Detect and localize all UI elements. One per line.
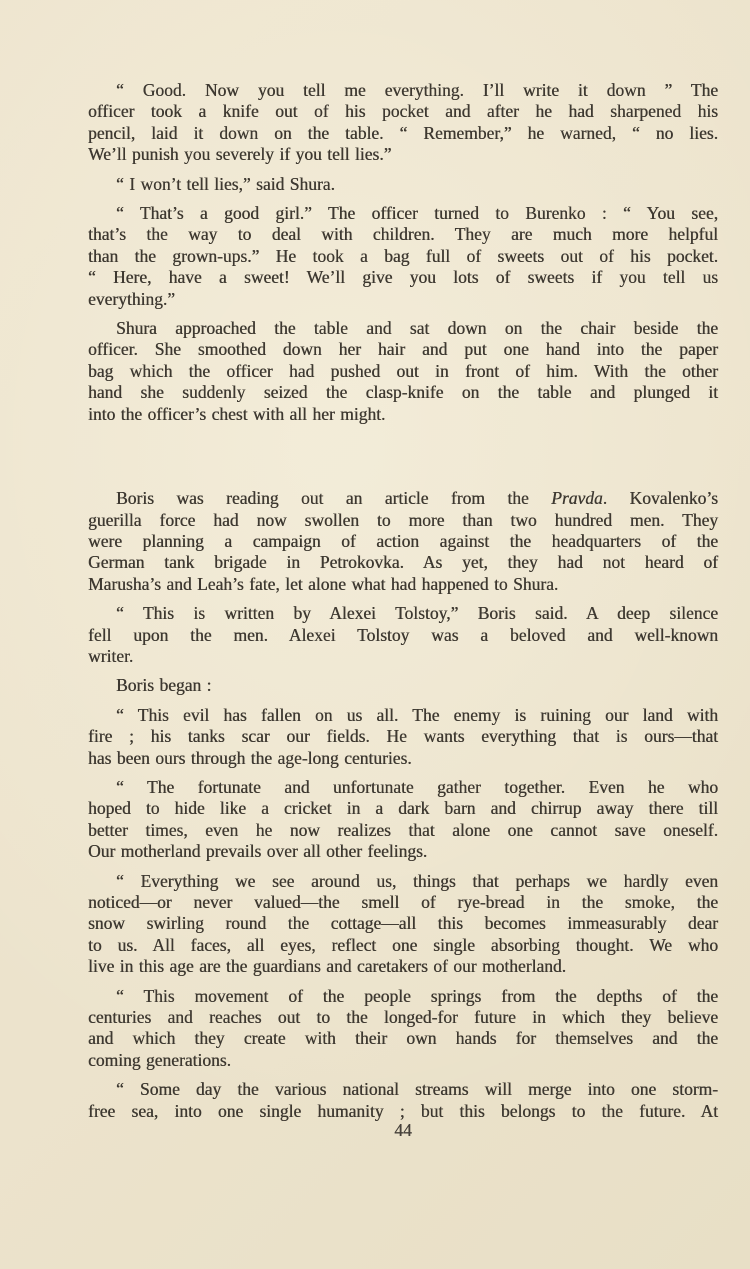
paragraph: “ Some day the various national streams … <box>88 1079 718 1122</box>
text-line: “ Good. Now you tell me everything. I’ll… <box>88 80 718 101</box>
text-line: “ This evil has fallen on us all. The en… <box>88 705 718 726</box>
text-line: to us. All faces, all eyes, reflect one … <box>88 935 718 956</box>
paragraph: “ Everything we see around us, things th… <box>88 871 718 978</box>
paragraph: “ Good. Now you tell me everything. I’ll… <box>88 80 718 166</box>
text-line: were planning a campaign of action again… <box>88 531 718 552</box>
paragraph: “ That’s a good girl.” The officer turne… <box>88 203 718 310</box>
paragraph: “ This evil has fallen on us all. The en… <box>88 705 718 769</box>
text-line: “ Some day the various national streams … <box>88 1079 718 1100</box>
text-line: and which they create with their own han… <box>88 1028 718 1049</box>
text-line: “ This movement of the people springs fr… <box>88 986 718 1007</box>
text-line: fire ; his tanks scar our fields. He wan… <box>88 726 718 747</box>
page-number: 44 <box>88 1120 718 1141</box>
text-line: bag which the officer had pushed out in … <box>88 361 718 382</box>
text-line: has been ours through the age-long centu… <box>88 748 718 769</box>
paragraph: Shura approached the table and sat down … <box>88 318 718 425</box>
text-block: “ Good. Now you tell me everything. I’ll… <box>88 80 718 1122</box>
text-line: Shura approached the table and sat down … <box>88 318 718 339</box>
paragraph: Boris was reading out an article from th… <box>88 488 718 595</box>
text-line: Our motherland prevails over all other f… <box>88 841 718 862</box>
text-line: pencil, laid it down on the table. “ Rem… <box>88 123 718 144</box>
text-line: that’s the way to deal with children. Th… <box>88 224 718 245</box>
text-line: “ The fortunate and unfortunate gather t… <box>88 777 718 798</box>
text-line: “ I won’t tell lies,” said Shura. <box>88 174 718 195</box>
book-page: “ Good. Now you tell me everything. I’ll… <box>0 0 750 1269</box>
paragraph: Boris began : <box>88 675 718 696</box>
text-line: “ Here, have a sweet! We’ll give you lot… <box>88 267 718 288</box>
text-line: “ That’s a good girl.” The officer turne… <box>88 203 718 224</box>
text-line: “ This is written by Alexei Tolstoy,” Bo… <box>88 603 718 624</box>
text-line: free sea, into one single humanity ; but… <box>88 1101 718 1122</box>
text-line: Boris was reading out an article from th… <box>88 488 718 509</box>
paragraph: “ This movement of the people springs fr… <box>88 986 718 1072</box>
text-segment: . Kovalenko’s <box>603 488 718 508</box>
text-line: officer took a knife out of his pocket a… <box>88 101 718 122</box>
text-line: Boris began : <box>88 675 718 696</box>
text-line: than the grown-ups.” He took a bag full … <box>88 246 718 267</box>
text-line: everything.” <box>88 289 718 310</box>
text-line: Marusha’s and Leah’s fate, let alone wha… <box>88 574 718 595</box>
paragraph: “ This is written by Alexei Tolstoy,” Bo… <box>88 603 718 667</box>
text-line: German tank brigade in Petrokovka. As ye… <box>88 552 718 573</box>
paragraph: “ The fortunate and unfortunate gather t… <box>88 777 718 863</box>
text-line: live in this age are the guardians and c… <box>88 956 718 977</box>
paragraph: “ I won’t tell lies,” said Shura. <box>88 174 718 195</box>
text-line: noticed—or never valued—the smell of rye… <box>88 892 718 913</box>
text-line: writer. <box>88 646 718 667</box>
text-line: coming generations. <box>88 1050 718 1071</box>
text-line: “ Everything we see around us, things th… <box>88 871 718 892</box>
italic-text: Pravda <box>551 488 603 508</box>
text-line: hand she suddenly seized the clasp-knife… <box>88 382 718 403</box>
text-segment: Boris was reading out an article from th… <box>116 488 551 508</box>
text-line: hoped to hide like a cricket in a dark b… <box>88 798 718 819</box>
text-line: officer. She smoothed down her hair and … <box>88 339 718 360</box>
text-line: fell upon the men. Alexei Tolstoy was a … <box>88 625 718 646</box>
text-line: snow swirling round the cottage—all this… <box>88 913 718 934</box>
text-line: guerilla force had now swollen to more t… <box>88 510 718 531</box>
text-line: centuries and reaches out to the longed-… <box>88 1007 718 1028</box>
text-line: better times, even he now realizes that … <box>88 820 718 841</box>
text-line: We’ll punish you severely if you tell li… <box>88 144 718 165</box>
text-line: into the officer’s chest with all her mi… <box>88 404 718 425</box>
